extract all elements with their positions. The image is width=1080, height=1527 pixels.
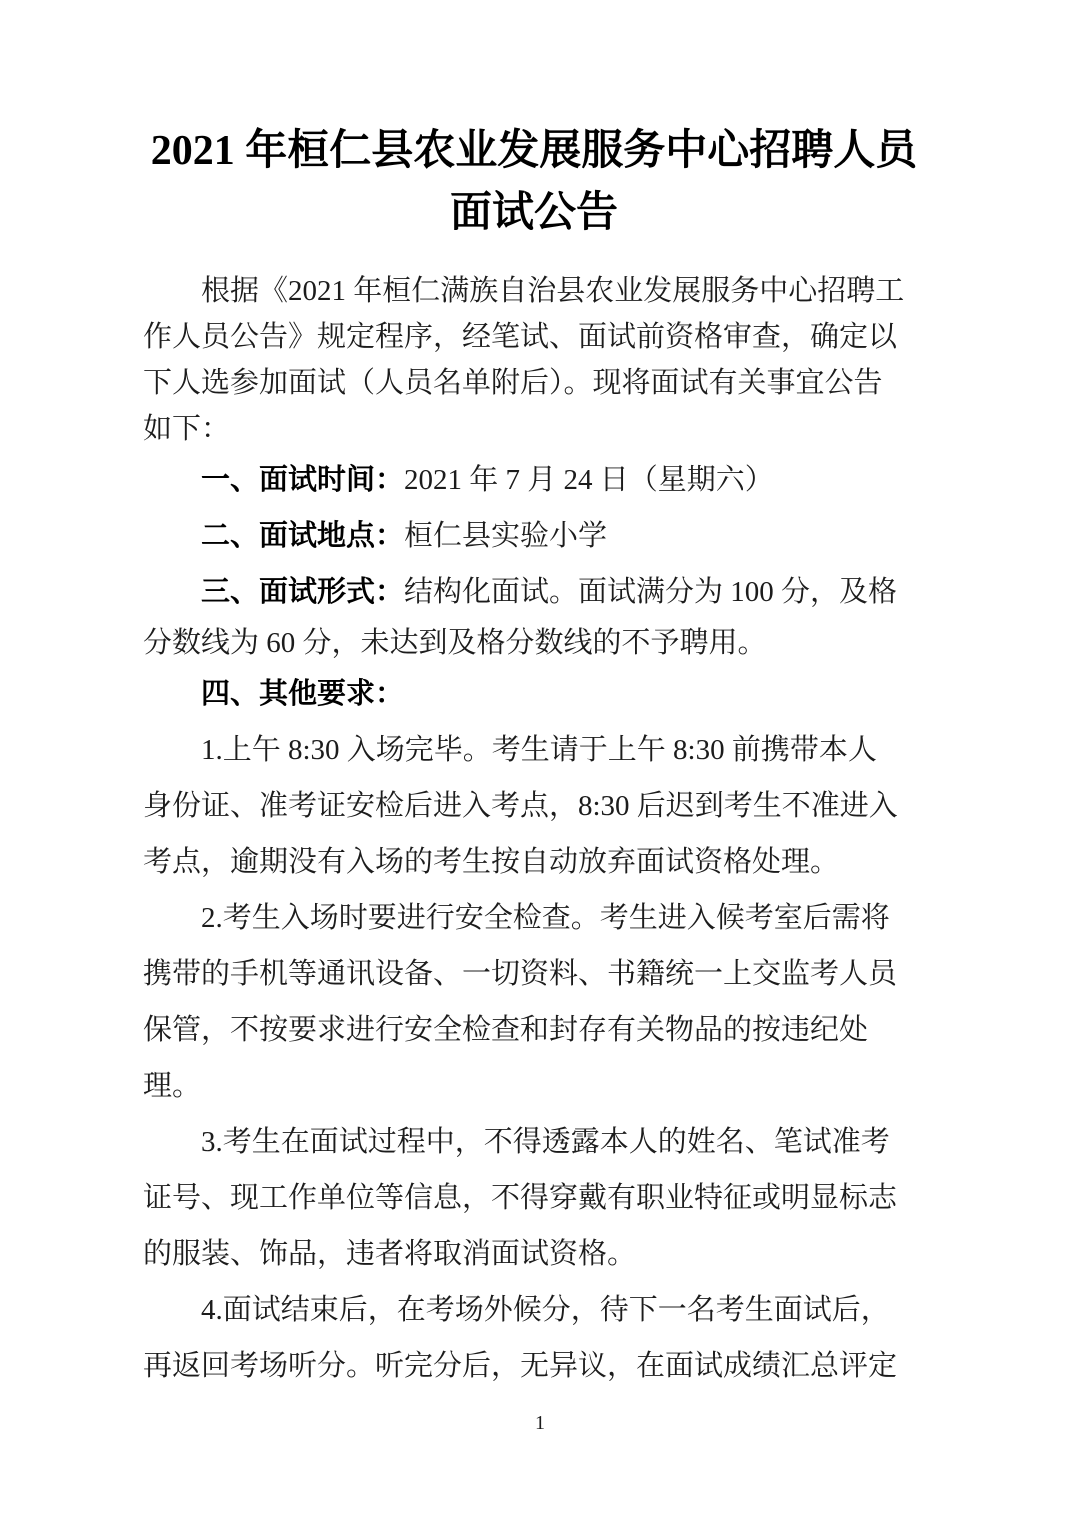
requirement-item-1: 1.上午 8:30 入场完毕。考生请于上午 8:30 前携带本人 身份证、准考证… [143,722,925,890]
section-interview-place-label: 二、面试地点： [201,520,404,552]
section-interview-format-cont: 分数线为 60 分，未达到及格分数线的不予聘用。 [143,620,925,666]
document-content: 2021 年桓仁县农业发展服务中心招聘人员 面试公告 根据《2021 年桓仁满族… [0,120,1080,1394]
item-4-line-2: 再返回考场听分。听完分后，无异议，在面试成绩汇总评定 [143,1338,925,1394]
intro-line-1: 根据《2021 年桓仁满族自治县农业发展服务中心招聘工 [143,268,925,314]
intro-paragraph: 根据《2021 年桓仁满族自治县农业发展服务中心招聘工 作人员公告》规定程序，经… [143,268,925,452]
item-4-line-1: 4.面试结束后，在考场外候分，待下一名考生面试后， [143,1282,925,1338]
section-interview-time-label: 一、面试时间： [201,464,404,496]
title-line-1: 2021 年桓仁县农业发展服务中心招聘人员 [143,120,925,182]
section-other-requirements: 四、其他要求： [143,666,925,722]
item-1-line-2: 身份证、准考证安检后进入考点，8:30 后迟到考生不准进入 [143,778,925,834]
item-2-line-1: 2.考生入场时要进行安全检查。考生进入候考室后需将 [143,890,925,946]
item-2-line-3: 保管，不按要求进行安全检查和封存有关物品的按违纪处 [143,1002,925,1058]
item-1-line-1: 1.上午 8:30 入场完毕。考生请于上午 8:30 前携带本人 [143,722,925,778]
requirement-item-2: 2.考生入场时要进行安全检查。考生进入候考室后需将 携带的手机等通讯设备、一切资… [143,890,925,1114]
item-1-line-3: 考点，逾期没有入场的考生按自动放弃面试资格处理。 [143,834,925,890]
document-page: 2021 年桓仁县农业发展服务中心招聘人员 面试公告 根据《2021 年桓仁满族… [0,0,1080,1527]
item-2-line-2: 携带的手机等通讯设备、一切资料、书籍统一上交监考人员 [143,946,925,1002]
section-interview-place-text: 桓仁县实验小学 [404,520,607,552]
item-3-line-1: 3.考生在面试过程中，不得透露本人的姓名、笔试准考 [143,1114,925,1170]
section-interview-time: 一、面试时间：2021 年 7 月 24 日（星期六） [143,452,925,508]
page-number: 1 [0,1410,1080,1436]
section-other-requirements-label: 四、其他要求： [201,678,404,710]
item-3-line-3: 的服装、饰品，违者将取消面试资格。 [143,1226,925,1282]
item-3-line-2: 证号、现工作单位等信息，不得穿戴有职业特征或明显标志 [143,1170,925,1226]
section-interview-place: 二、面试地点：桓仁县实验小学 [143,508,925,564]
document-title: 2021 年桓仁县农业发展服务中心招聘人员 面试公告 [143,120,925,244]
requirement-item-3: 3.考生在面试过程中，不得透露本人的姓名、笔试准考 证号、现工作单位等信息，不得… [143,1114,925,1282]
requirement-item-4: 4.面试结束后，在考场外候分，待下一名考生面试后， 再返回考场听分。听完分后，无… [143,1282,925,1394]
section-interview-time-text: 2021 年 7 月 24 日（星期六） [404,464,774,496]
intro-line-2: 作人员公告》规定程序，经笔试、面试前资格审查，确定以 [143,314,925,360]
intro-line-3: 下人选参加面试（人员名单附后）。现将面试有关事宜公告 [143,360,925,406]
intro-line-4: 如下： [143,406,925,452]
section-interview-format: 三、面试形式：结构化面试。面试满分为 100 分，及格 [143,564,925,620]
item-2-line-4: 理。 [143,1058,925,1114]
section-interview-format-text: 结构化面试。面试满分为 100 分，及格 [404,576,897,608]
title-line-2: 面试公告 [143,182,925,244]
section-interview-format-label: 三、面试形式： [201,576,404,608]
